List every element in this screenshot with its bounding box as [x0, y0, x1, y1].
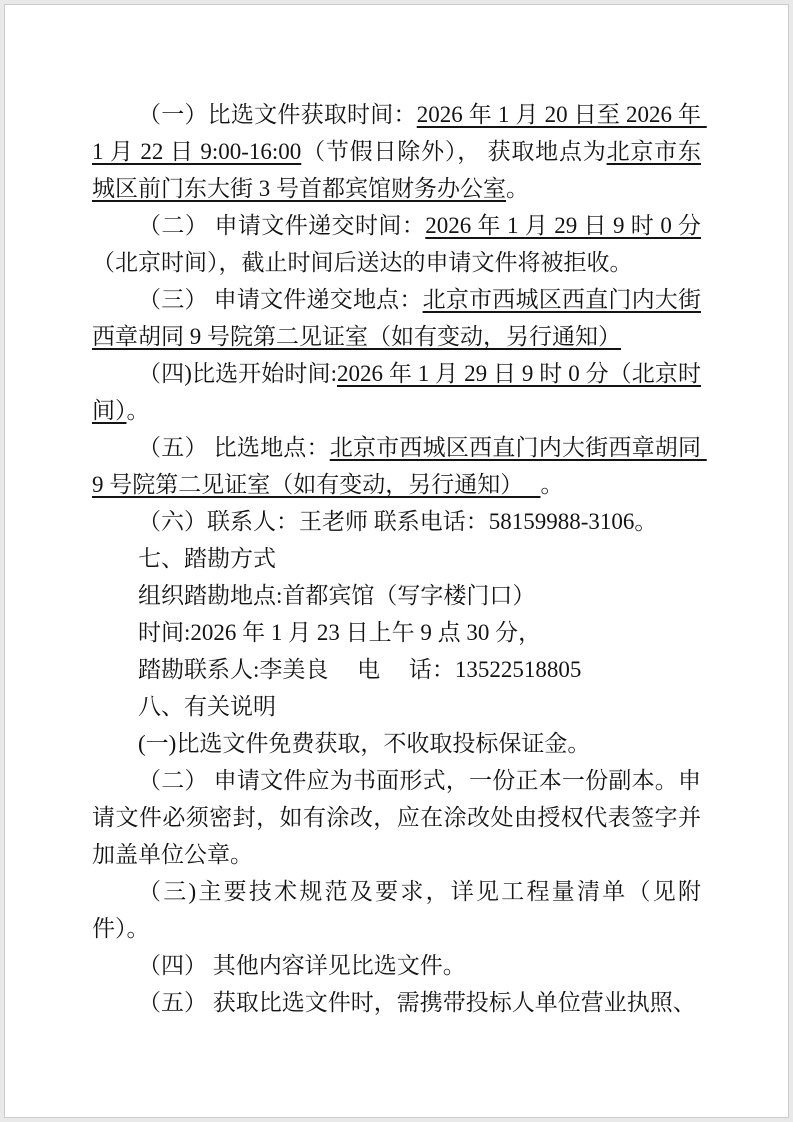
text-run: 时间:2026 年 1 月 23 日上午 9 点 30 分，	[138, 620, 541, 645]
text-run: 踏勘联系人:李美良 电 话：13522518805	[138, 657, 581, 682]
text-run: 。	[541, 472, 564, 497]
text-run: 八、有关说明	[138, 694, 276, 719]
text-run: 。	[127, 398, 150, 423]
paragraph: （四)比选开始时间:2026 年 1 月 29 日 9 时 0 分（北京时间）。	[92, 355, 701, 429]
text-run: （二） 申请文件递交时间：	[138, 213, 425, 238]
text-run: (一)比选文件免费获取，不收取投标保证金。	[138, 731, 590, 756]
text-run: 组织踏勘地点:首都宾馆（写字楼门口）	[138, 583, 535, 608]
paragraph: 时间:2026 年 1 月 23 日上午 9 点 30 分，	[92, 614, 701, 651]
text-run: （北京时间），截止时间后送达的申请文件将被拒收。	[92, 250, 633, 275]
text-run: （二） 申请文件应为书面形式，一份正本一份副本。申请文件必须密封，如有涂改，应在…	[92, 768, 701, 867]
paragraph: （四） 其他内容详见比选文件。	[92, 947, 701, 984]
text-run: （四） 其他内容详见比选文件。	[138, 953, 466, 978]
paragraph: 组织踏勘地点:首都宾馆（写字楼门口）	[92, 577, 701, 614]
paragraph: 八、有关说明	[92, 688, 701, 725]
paragraph: 踏勘联系人:李美良 电 话：13522518805	[92, 651, 701, 688]
paragraph: （五） 比选地点：北京市西城区西直门内大街西章胡同 9 号院第二见证室（如有变动…	[92, 429, 701, 503]
document-page: （一）比选文件获取时间：2026 年 1 月 20 日至 2026 年 1 月 …	[0, 0, 793, 1122]
paragraph: 七、踏勘方式	[92, 540, 701, 577]
underlined-text-run: 2026 年 1 月 29 日 9 时 0 分	[425, 213, 701, 238]
text-run: （一）比选文件获取时间：	[138, 102, 417, 127]
paragraph: （三） 申请文件递交地点：北京市西城区西直门内大街西章胡同 9 号院第二见证室（…	[92, 281, 701, 355]
text-run: （四)比选开始时间:	[138, 361, 337, 386]
text-run: （五） 比选地点：	[138, 435, 330, 460]
text-run: 。	[506, 176, 529, 201]
text-run: 七、踏勘方式	[138, 546, 276, 571]
text-run: （三)主要技术规范及要求，详见工程量清单（见附件）。	[92, 879, 701, 941]
paragraph: （六）联系人：王老师 联系电话：58159988-3106。	[92, 503, 701, 540]
document-body: （一）比选文件获取时间：2026 年 1 月 20 日至 2026 年 1 月 …	[4, 4, 789, 1021]
paragraph: （三)主要技术规范及要求，详见工程量清单（见附件）。	[92, 873, 701, 947]
paragraph: （一）比选文件获取时间：2026 年 1 月 20 日至 2026 年 1 月 …	[92, 96, 701, 207]
text-run: （节假日除外）， 获取地点为	[301, 139, 606, 164]
text-run: （五） 获取比选文件时，需携带投标人单位营业执照、	[138, 990, 696, 1015]
paragraph: （二） 申请文件应为书面形式，一份正本一份副本。申请文件必须密封，如有涂改，应在…	[92, 762, 701, 873]
paragraph: (一)比选文件免费获取，不收取投标保证金。	[92, 725, 701, 762]
text-run: （六）联系人：王老师 联系电话：58159988-3106。	[138, 509, 657, 534]
paragraph: （五） 获取比选文件时，需携带投标人单位营业执照、	[92, 984, 701, 1021]
paragraph: （二） 申请文件递交时间：2026 年 1 月 29 日 9 时 0 分（北京时…	[92, 207, 701, 281]
text-run: （三） 申请文件递交地点：	[138, 287, 423, 312]
